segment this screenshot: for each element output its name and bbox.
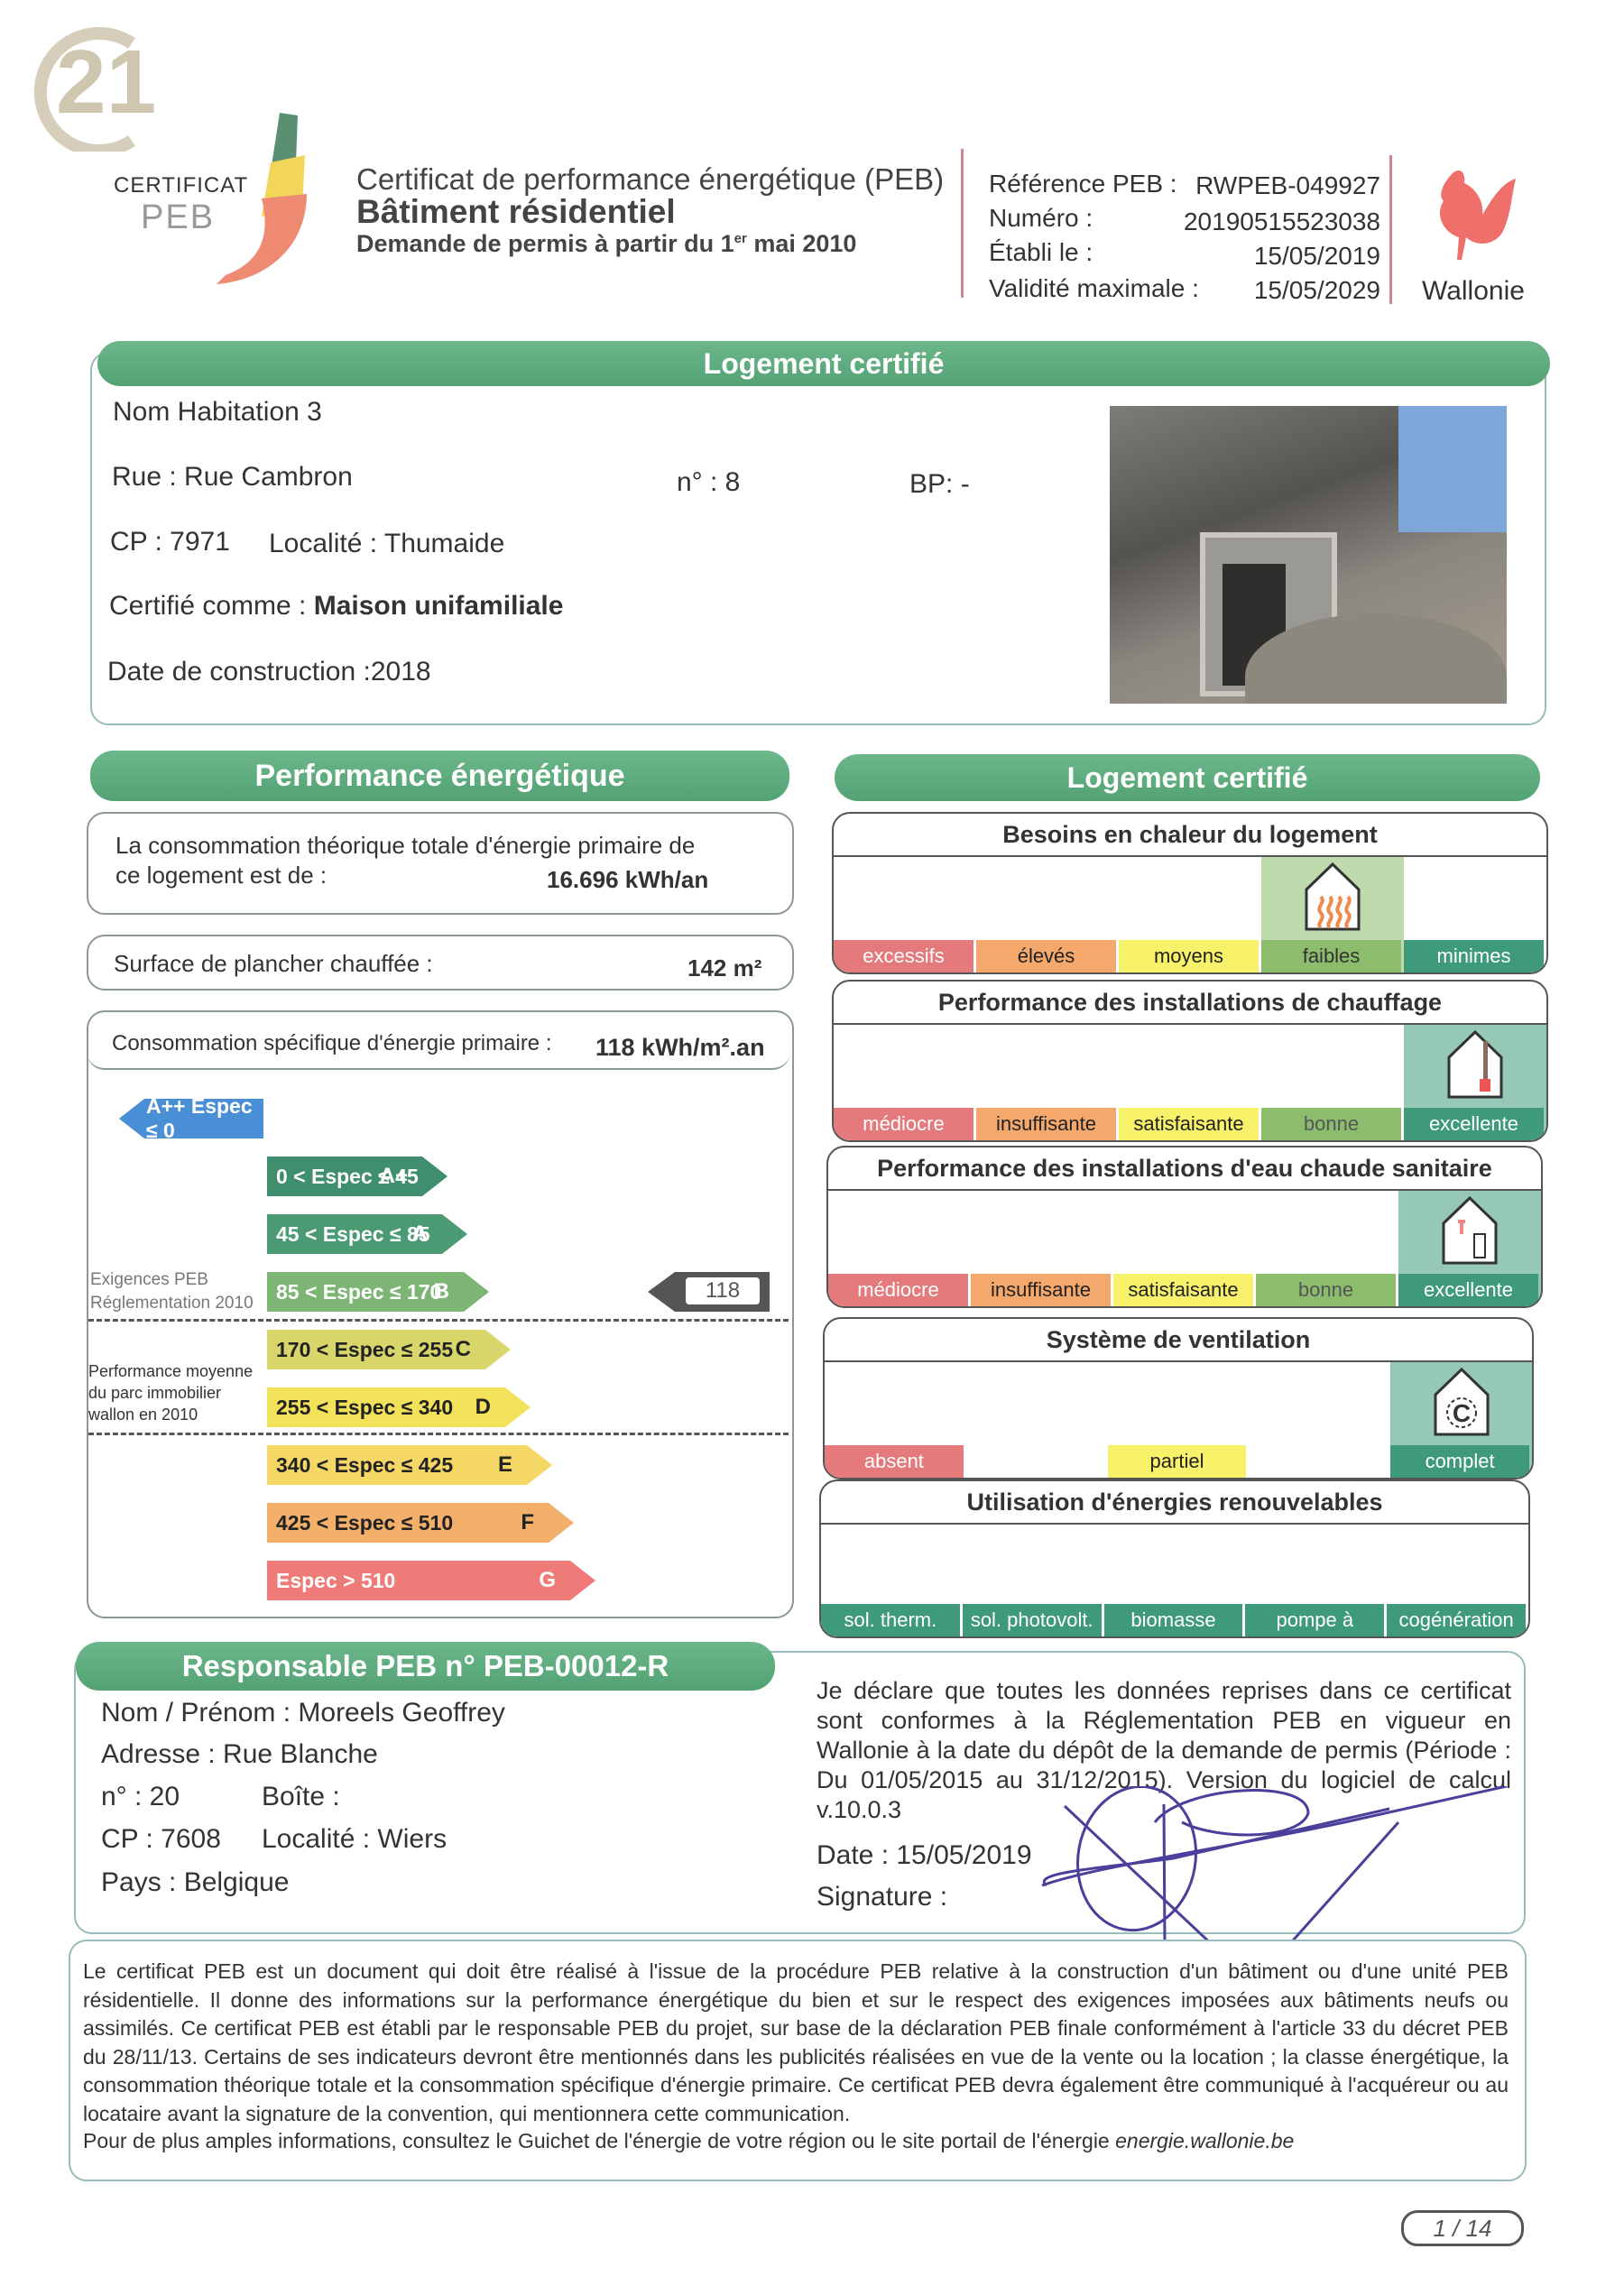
indicator-level-minimes: minimes	[1404, 940, 1544, 972]
etabli-label: Établi le :	[989, 238, 1093, 267]
energy-class-range: 340 < Espec ≤ 425	[276, 1453, 453, 1478]
house-photo	[1110, 406, 1507, 704]
indicator-level-partiel: partiel	[1108, 1445, 1247, 1478]
divider-moyenne	[88, 1433, 789, 1435]
logement-certifie: Certifié comme : Maison unifamiliale	[109, 591, 563, 622]
certificat-peb-logo: CERTIFICAT PEB	[108, 108, 343, 289]
conso-totale-value: 16.696 kWh/an	[547, 866, 708, 894]
indicator-level-pompe-chaleur: pompe à chaleur	[1245, 1604, 1386, 1636]
conso-totale-text1: La consommation théorique totale d'énerg…	[115, 832, 695, 860]
energy-class-a: 45 < Espec ≤ 85A	[267, 1214, 467, 1254]
performance-title: Performance énergétique	[90, 751, 789, 801]
indicator-level-médiocre: médiocre	[828, 1274, 968, 1306]
conso-spec-label: Consommation spécifique d'énergie primai…	[112, 1031, 552, 1056]
conso-spec-value: 118 kWh/m².an	[595, 1034, 765, 1062]
responsable-pays: Pays : Belgique	[101, 1867, 289, 1898]
indicator-title: Performance des installations de chauffa…	[834, 982, 1546, 1025]
certificat-logo-line2: PEB	[141, 198, 215, 237]
heat-house-icon	[1301, 861, 1364, 933]
declaration-date: Date : 15/05/2019	[817, 1840, 1032, 1871]
certificat-logo-line1: CERTIFICAT	[114, 173, 248, 198]
energy-class-aplusplus: A++ Espec ≤ 0	[119, 1099, 263, 1138]
header-subtitle: Bâtiment résidentiel	[356, 193, 676, 231]
validite-value: 15/05/2029	[1191, 276, 1380, 305]
energie-wallonie-link[interactable]: energie.wallonie.be	[1115, 2129, 1294, 2152]
indicator-chauffage: Performance des installations de chauffa…	[832, 980, 1548, 1142]
logement-nom: Nom Habitation 3	[113, 397, 322, 428]
logement-date-construction: Date de construction :2018	[107, 657, 431, 687]
indicator-level-excellente: excellente	[1398, 1274, 1538, 1306]
logement-rue: Rue : Rue Cambron	[112, 462, 353, 493]
label-moyenne-1: Performance moyenne	[88, 1362, 253, 1381]
energy-class-letter: D	[475, 1395, 491, 1420]
num-label: Numéro :	[989, 204, 1093, 233]
energy-class-d: 255 < Espec ≤ 340D	[267, 1387, 531, 1427]
indicator-level-sol-photovolt-: sol. photovolt.	[963, 1604, 1103, 1636]
indicator-level-élevés: élevés	[976, 940, 1116, 972]
energy-class-aplus: 0 < Espec ≤ 45A+	[267, 1157, 448, 1196]
conso-totale-text2: ce logement est de :	[115, 862, 327, 889]
indicator-level-absent: absent	[825, 1445, 964, 1478]
indicator-eau-chaude: Performance des installations d'eau chau…	[826, 1146, 1543, 1308]
indicator-level-insuffisante: insuffisante	[976, 1108, 1116, 1140]
ventilation-house-icon: C	[1430, 1366, 1493, 1438]
energy-class-range: A++ Espec ≤ 0	[146, 1094, 263, 1143]
logement-localite: Localité : Thumaide	[269, 529, 504, 559]
energy-class-range: 425 < Espec ≤ 510	[276, 1511, 453, 1535]
logement-title: Logement certifié	[97, 341, 1550, 386]
energy-class-letter: A	[412, 1221, 428, 1247]
energy-class-letter: G	[539, 1568, 556, 1593]
ref-label: Référence PEB :	[989, 170, 1177, 198]
indicator-title: Besoins en chaleur du logement	[834, 814, 1546, 857]
energy-class-letter: B	[434, 1279, 449, 1304]
validite-label: Validité maximale :	[989, 274, 1199, 303]
indicator-level-insuffisante: insuffisante	[971, 1274, 1111, 1306]
indicator-title: Utilisation d'énergies renouvelables	[821, 1481, 1528, 1525]
energy-indicator-value: 118	[686, 1277, 760, 1304]
energy-class-g: Espec > 510G	[267, 1561, 595, 1600]
header-subtitle2: Demande de permis à partir du 1er mai 20…	[356, 230, 856, 258]
surface-value: 142 m²	[687, 954, 761, 982]
energy-class-range: 170 < Espec ≤ 255	[276, 1338, 453, 1362]
heating-house-icon	[1444, 1028, 1507, 1101]
indicator-title: Performance des installations d'eau chau…	[828, 1147, 1541, 1191]
logement-numero: n° : 8	[677, 467, 740, 498]
surface-label: Surface de plancher chauffée :	[114, 950, 433, 978]
ref-value: RWPEB-049927	[1191, 171, 1380, 200]
indicator-title: Système de ventilation	[825, 1319, 1532, 1362]
energy-class-range: Espec > 510	[276, 1569, 395, 1593]
indicator-level-complet: complet	[1390, 1445, 1529, 1478]
energy-class-range: 85 < Espec ≤ 170	[276, 1280, 441, 1304]
header-title: Certificat de performance énergétique (P…	[356, 162, 944, 197]
divider-exigences	[88, 1319, 789, 1322]
indicator-ventilation: Système de ventilationabsentpartielCcomp…	[823, 1317, 1534, 1479]
logement-cp: CP : 7971	[110, 527, 230, 558]
indicator-level-biomasse: biomasse	[1104, 1604, 1245, 1636]
energy-class-range: 45 < Espec ≤ 85	[276, 1222, 430, 1247]
indicator-besoins: Besoins en chaleur du logementexcessifsé…	[832, 812, 1548, 974]
indicator-level-bonne: bonne	[1256, 1274, 1396, 1306]
indicator-level-excellente: excellente	[1404, 1108, 1544, 1140]
indicator-level-bonne: bonne	[1261, 1108, 1401, 1140]
indicator-level-moyens: moyens	[1119, 940, 1259, 972]
label-moyenne-3: wallon en 2010	[88, 1406, 198, 1424]
indicator-level-médiocre: médiocre	[834, 1108, 973, 1140]
svg-text:C: C	[1452, 1399, 1470, 1427]
footer-more-info: Pour de plus amples informations, consul…	[83, 2129, 1294, 2153]
indicators-title: Logement certifié	[835, 754, 1540, 801]
energy-class-letter: A+	[380, 1164, 408, 1189]
label-exigences-2: Réglementation 2010	[90, 1294, 254, 1313]
indicator-level-excessifs: excessifs	[834, 940, 973, 972]
indicator-level-faibles: faibles	[1261, 940, 1401, 972]
responsable-cp: CP : 7608	[101, 1824, 221, 1855]
energy-class-f: 425 < Espec ≤ 510F	[267, 1503, 574, 1543]
num-value: 20190515523038	[1155, 207, 1380, 236]
energy-class-letter: F	[521, 1510, 534, 1535]
responsable-adresse: Adresse : Rue Blanche	[101, 1739, 378, 1770]
etabli-value: 15/05/2019	[1191, 242, 1380, 271]
indicator-level-satisfaisante: satisfaisante	[1119, 1108, 1259, 1140]
hot-water-house-icon	[1438, 1194, 1501, 1267]
indicator-level-satisfaisante: satisfaisante	[1113, 1274, 1253, 1306]
responsable-numero: n° : 20	[101, 1782, 180, 1812]
responsable-title: Responsable PEB n° PEB-00012-R	[76, 1642, 775, 1691]
energy-class-letter: C	[456, 1337, 471, 1362]
header-divider	[961, 149, 964, 298]
page-number: 1 / 14	[1401, 2210, 1524, 2246]
indicator-level-cogénération: cogénération	[1387, 1604, 1527, 1636]
footer-text: Le certificat PEB est un document qui do…	[83, 1958, 1509, 2128]
energy-class-letter: E	[498, 1452, 512, 1478]
label-moyenne-2: du parc immobilier	[88, 1384, 221, 1403]
energy-class-c: 170 < Espec ≤ 255C	[267, 1330, 511, 1369]
signature-label: Signature :	[817, 1882, 947, 1912]
energy-class-range: 255 < Espec ≤ 340	[276, 1396, 453, 1420]
wallonia-rooster-icon	[1421, 161, 1529, 269]
header-divider-2	[1389, 155, 1392, 304]
responsable-boite: Boîte :	[262, 1782, 340, 1812]
energy-class-b: 85 < Espec ≤ 170B	[267, 1272, 489, 1312]
indicator-renouvelables: Utilisation d'énergies renouvelablessol.…	[819, 1479, 1530, 1638]
energy-class-e: 340 < Espec ≤ 425E	[267, 1445, 552, 1485]
logement-bp: BP: -	[909, 469, 970, 500]
region-label: Wallonie	[1422, 276, 1525, 307]
label-exigences-1: Exigences PEB	[90, 1270, 208, 1290]
responsable-localite: Localité : Wiers	[262, 1824, 447, 1855]
indicator-level-sol-therm-: sol. therm.	[821, 1604, 962, 1636]
responsable-nom: Nom / Prénom : Moreels Geoffrey	[101, 1698, 505, 1728]
